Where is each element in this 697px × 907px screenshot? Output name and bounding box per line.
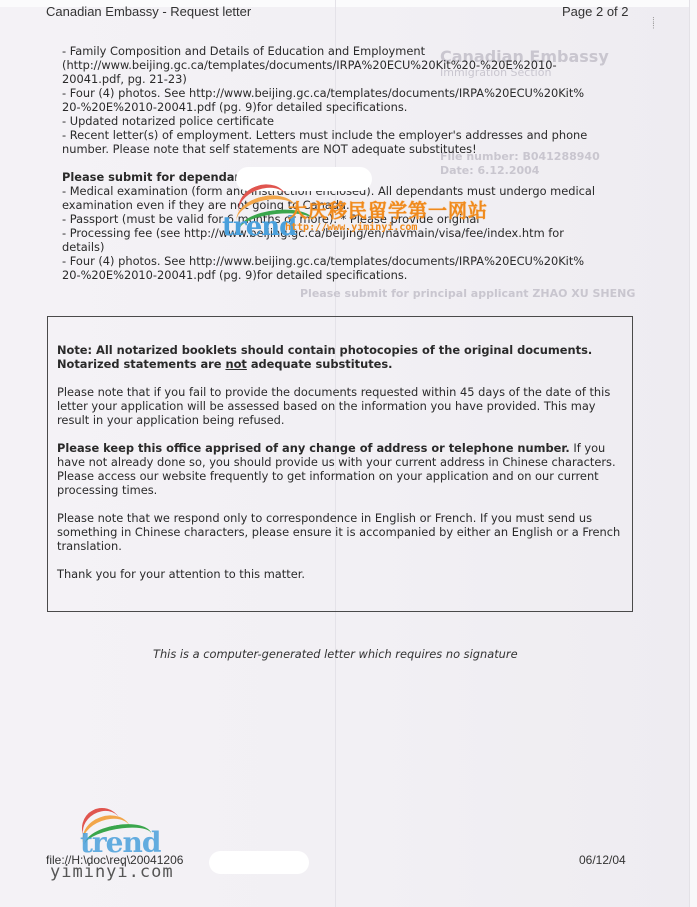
- redaction-patch: [209, 851, 309, 874]
- note-line-2-post: adequate substitutes.: [247, 357, 393, 371]
- document-body: - Family Composition and Details of Educ…: [62, 44, 642, 282]
- notice-box: Note: All notarized booklets should cont…: [47, 316, 633, 612]
- list-item: - Family Composition and Details of Educ…: [62, 44, 642, 86]
- note-underlined-word: not: [225, 357, 246, 371]
- deadline-paragraph: Please note that if you fail to provide …: [57, 385, 623, 427]
- notarized-note: Note: All notarized booklets should cont…: [57, 343, 623, 371]
- list-item: - Updated notarized police certificate: [62, 114, 642, 128]
- list-item: - Recent letter(s) of employment. Letter…: [62, 128, 642, 156]
- print-date: 06/12/04: [579, 853, 626, 867]
- header-title: Canadian Embassy - Request letter: [46, 4, 251, 19]
- page-edge: [689, 0, 697, 907]
- watermark-brand: trend: [80, 826, 160, 859]
- scanned-letter-page: Canadian Embassy Immigration Section Fil…: [0, 0, 697, 907]
- language-paragraph: Please note that we respond only to corr…: [57, 511, 623, 553]
- note-line-1: Note: All notarized booklets should cont…: [57, 343, 592, 357]
- list-item: - Four (4) photos. See http://www.beijin…: [62, 254, 642, 282]
- address-paragraph: Please keep this office apprised of any …: [57, 441, 623, 497]
- address-paragraph-bold: Please keep this office apprised of any …: [57, 441, 570, 455]
- list-item: - Four (4) photos. See http://www.beijin…: [62, 86, 642, 114]
- ghost-line: Please submit for principal applicant ZH…: [300, 287, 635, 301]
- note-line-2-pre: Notarized statements are: [57, 357, 225, 371]
- scan-mark-icon: ⁝⁝: [652, 18, 655, 30]
- thanks-line: Thank you for your attention to this mat…: [57, 567, 623, 581]
- page-number: Page 2 of 2: [562, 4, 629, 19]
- watermark-chinese-text: 大庆移民留学第一网站: [288, 196, 488, 223]
- watermark-site: yiminyi.com: [50, 862, 174, 882]
- signature-note: This is a computer-generated letter whic…: [153, 647, 518, 661]
- watermark-url: http://www.yiminyi.com: [285, 222, 417, 233]
